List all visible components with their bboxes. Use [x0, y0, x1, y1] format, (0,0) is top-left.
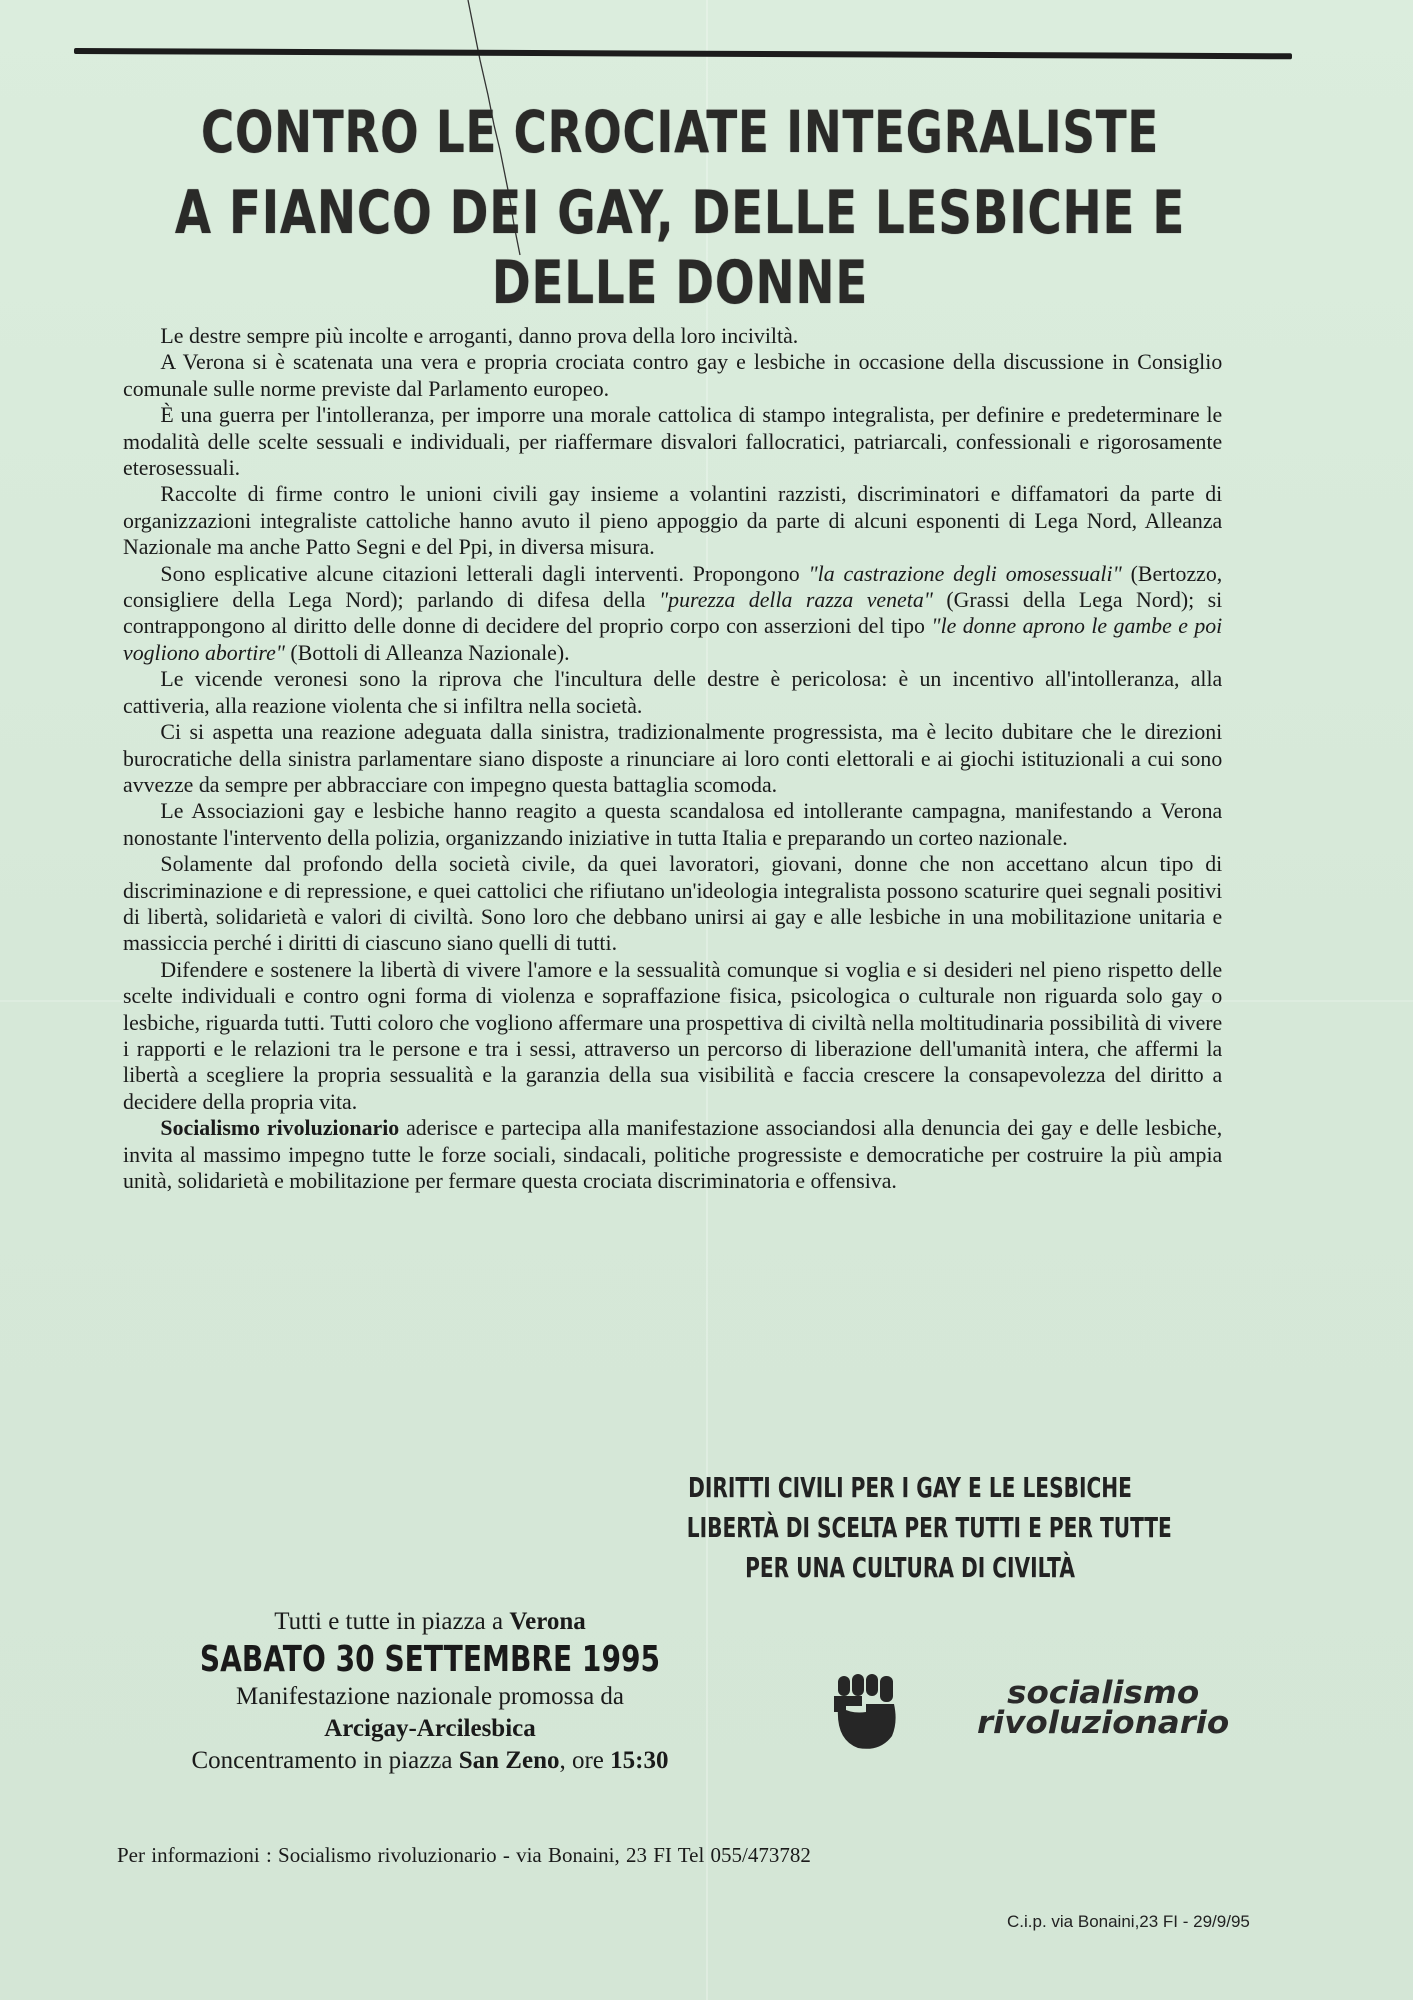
- slogans-block: DIRITTI CIVILI PER I GAY E LE LESBICHE L…: [687, 1468, 1133, 1588]
- top-rule-divider: [74, 48, 1292, 59]
- paragraph-2: A Verona si è scatenata una vera e propr…: [123, 349, 1222, 402]
- paragraph-5: Sono esplicative alcune citazioni letter…: [123, 561, 1222, 667]
- event-call: Tutti e tutte in piazza a Verona: [130, 1605, 730, 1639]
- event-details: Tutti e tutte in piazza a Verona SABATO …: [130, 1605, 730, 1777]
- printer-imprint: C.i.p. via Bonaini,23 FI - 29/9/95: [1007, 1912, 1250, 1932]
- logo-line-2: rivoluzionario: [977, 1708, 1229, 1738]
- paragraph-1: Le destre sempre più incolte e arroganti…: [123, 323, 1222, 349]
- paragraph-5-text-d: (Bottoli di Alleanza Nazionale).: [285, 640, 570, 665]
- meeting-place: San Zeno: [459, 1747, 560, 1774]
- paragraph-4: Raccolte di firme contro le unioni civil…: [123, 481, 1222, 560]
- paragraph-9: Solamente dal profondo della società civ…: [123, 851, 1222, 957]
- event-call-text: Tutti e tutte in piazza a: [274, 1608, 509, 1635]
- event-promoted-by: Manifestazione nazionale promossa da: [130, 1681, 730, 1713]
- event-date: SABATO 30 SETTEMBRE 1995: [200, 1639, 660, 1681]
- paragraph-10: Difendere e sostenere la libertà di vive…: [123, 957, 1222, 1115]
- headline-line-2: A FIANCO DEI GAY, DELLE LESBICHE E DELLE…: [95, 178, 1265, 318]
- slogan-3: PER UNA CULTURA DI CIVILTÀ: [687, 1548, 1133, 1588]
- meeting-text: Concentramento in piazza: [192, 1747, 459, 1774]
- logo-line-1: socialismo: [977, 1678, 1229, 1708]
- paragraph-3: È una guerra per l'intolleranza, per imp…: [123, 402, 1222, 481]
- contact-info: Per informazioni : Socialismo rivoluzion…: [117, 1843, 811, 1868]
- meeting-time-label: , ore: [559, 1747, 610, 1774]
- logo-wordmark: socialismo rivoluzionario: [977, 1678, 1229, 1738]
- paragraph-5-text-a: Sono esplicative alcune citazioni letter…: [160, 561, 808, 586]
- paragraph-7: Ci si aspetta una reazione adeguata dall…: [123, 719, 1222, 798]
- org-logo: socialismo rivoluzionario: [832, 1672, 1222, 1762]
- paragraph-8: Le Associazioni gay e lesbiche hanno rea…: [123, 798, 1222, 851]
- raised-fist-icon: [832, 1672, 902, 1752]
- quote-purezza: "purezza della razza veneta": [659, 587, 933, 612]
- slogan-1: DIRITTI CIVILI PER I GAY E LE LESBICHE: [687, 1468, 1133, 1508]
- body-text: Le destre sempre più incolte e arroganti…: [123, 323, 1222, 1194]
- meeting-time: 15:30: [610, 1747, 668, 1774]
- quote-castrazione: "la castrazione degli omosessuali": [808, 561, 1121, 586]
- paragraph-6: Le vicende veronesi sono la riprova che …: [123, 666, 1222, 719]
- org-name-bold: Socialismo rivoluzionario: [160, 1115, 399, 1140]
- slogan-2: LIBERTÀ DI SCELTA PER TUTTI E PER TUTTE: [687, 1508, 1133, 1548]
- paragraph-11: Socialismo rivoluzionario aderisce e par…: [123, 1115, 1222, 1194]
- event-meeting-point: Concentramento in piazza San Zeno, ore 1…: [130, 1745, 730, 1777]
- event-organizer: Arcigay-Arcilesbica: [130, 1713, 730, 1745]
- headline-line-1: CONTRO LE CROCIATE INTEGRALISTE: [196, 98, 1163, 166]
- event-city: Verona: [509, 1608, 585, 1635]
